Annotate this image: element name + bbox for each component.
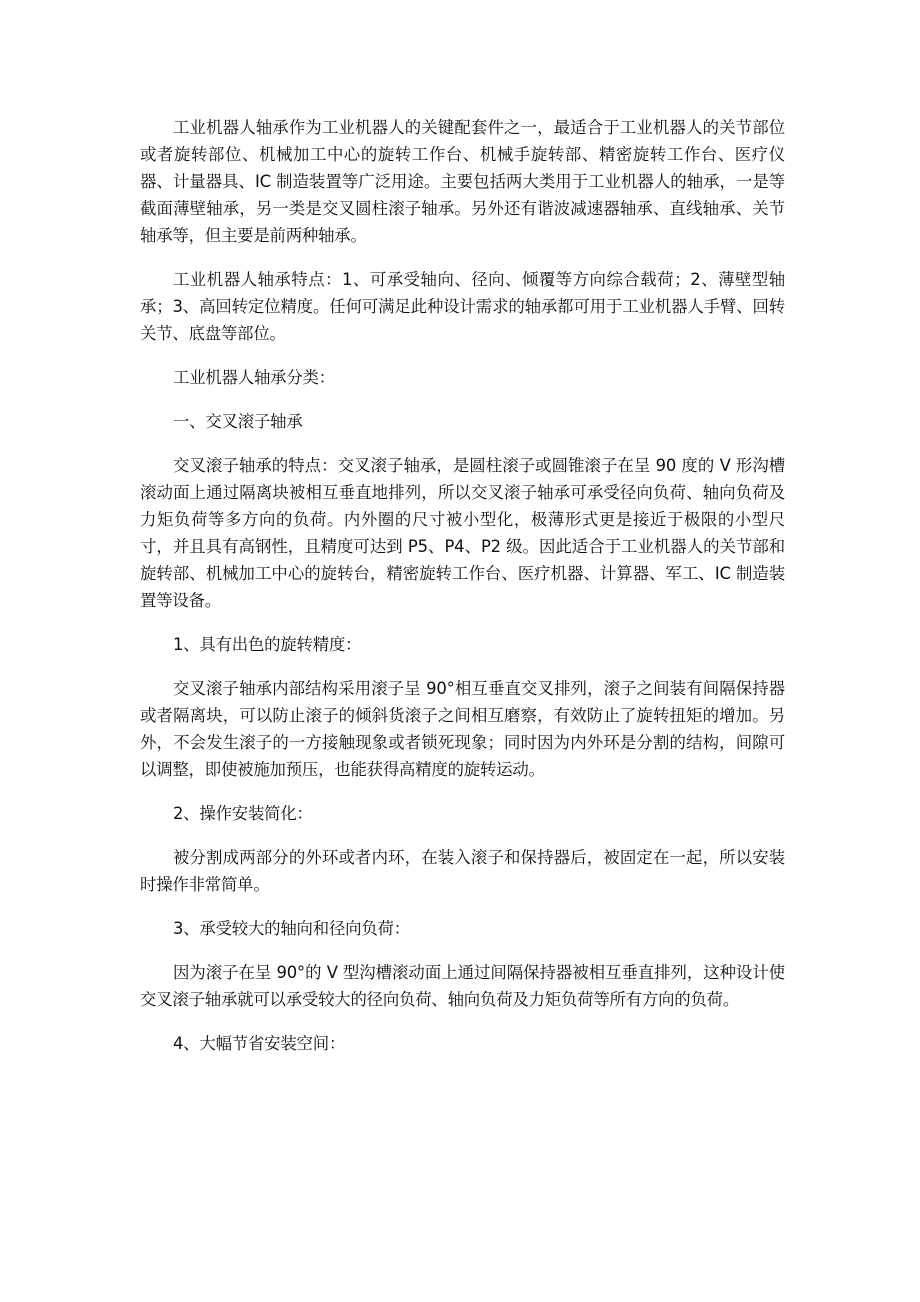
heading-large-loads: 3、承受较大的轴向和径向负荷： [140,915,785,942]
heading-crossed-roller-bearing: 一、交叉滚子轴承 [140,408,785,435]
paragraph-rotation-accuracy: 交叉滚子轴承内部结构采用滚子呈 90°相互垂直交叉排列，滚子之间装有间隔保持器或… [140,675,785,783]
paragraph-simplified-installation: 被分割成两部分的外环或者内环，在装入滚子和保持器后，被固定在一起，所以安装时操作… [140,844,785,898]
heading-classification: 工业机器人轴承分类： [140,364,785,391]
paragraph-intro: 工业机器人轴承作为工业机器人的关键配套件之一，最适合于工业机器人的关节部位或者旋… [140,114,785,249]
heading-simplified-installation: 2、操作安装简化： [140,800,785,827]
heading-rotation-accuracy: 1、具有出色的旋转精度： [140,631,785,658]
paragraph-features: 工业机器人轴承特点：1、可承受轴向、径向、倾覆等方向综合载荷；2、薄壁型轴承；3… [140,266,785,347]
paragraph-crossed-roller-features: 交叉滚子轴承的特点：交叉滚子轴承，是圆柱滚子或圆锥滚子在呈 90 度的 V 形沟… [140,452,785,614]
heading-space-saving: 4、大幅节省安装空间： [140,1030,785,1057]
document-page: 工业机器人轴承作为工业机器人的关键配套件之一，最适合于工业机器人的关节部位或者旋… [140,114,785,1074]
paragraph-large-loads: 因为滚子在呈 90°的 V 型沟槽滚动面上通过间隔保持器被相互垂直排列，这种设计… [140,959,785,1013]
